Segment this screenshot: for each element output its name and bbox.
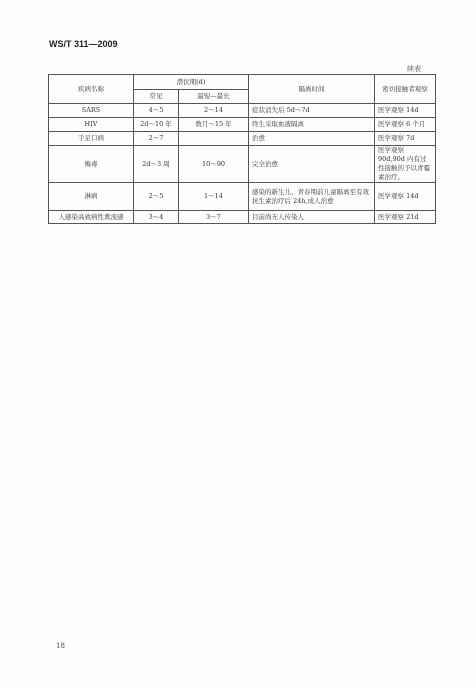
cell-disease: 人感染高致病性禽流感 xyxy=(49,211,134,224)
cell-disease: 淋病 xyxy=(49,183,134,211)
table-row: SARS 4～5 2～14 症状消失后 5d～7d 医学观察 14d xyxy=(49,104,436,118)
cell-isolation: 完全治愈 xyxy=(249,146,375,183)
table-row: 手足口病 2～7 治愈 医学观察 7d xyxy=(49,132,436,146)
cell-range: 数月～15 年 xyxy=(179,118,249,132)
cell-common: 2d～3 周 xyxy=(134,146,179,183)
cell-isolation: 治愈 xyxy=(249,132,375,146)
header-range: 最短—最长 xyxy=(179,90,249,104)
header-incubation: 潜伏期(d) xyxy=(134,75,249,90)
cell-common: 3～4 xyxy=(134,211,179,224)
cell-common: 2d～10 年 xyxy=(134,118,179,132)
cell-contact: 医学观察 21d xyxy=(375,211,436,224)
header-disease: 疾病名称 xyxy=(49,75,134,104)
cell-contact: 医学观察 14d xyxy=(375,183,436,211)
table-row: HIV 2d～10 年 数月～15 年 终生采取血液隔离 医学观察 6 个月 xyxy=(49,118,436,132)
disease-table: 疾病名称 潜伏期(d) 隔离时间 密切接触者观察 常见 最短—最长 SARS 4… xyxy=(48,74,436,224)
cell-contact: 医学观察 90d,90d 内有过性接触的予以青霉素治疗。 xyxy=(375,146,436,183)
header-isolation: 隔离时间 xyxy=(249,75,375,104)
cell-contact: 医学观察 6 个月 xyxy=(375,118,436,132)
cell-contact: 医学观察 7d xyxy=(375,132,436,146)
cell-range xyxy=(179,132,249,146)
table-row: 淋病 2～5 1～14 感染的新生儿、青春期前儿童隔离至有效抗生素治疗后 24h… xyxy=(49,183,436,211)
cell-isolation: 感染的新生儿、青春期前儿童隔离至有效抗生素治疗后 24h,成人治愈 xyxy=(249,183,375,211)
cell-disease: 手足口病 xyxy=(49,132,134,146)
header-common: 常见 xyxy=(134,90,179,104)
cell-common: 4～5 xyxy=(134,104,179,118)
header-contact: 密切接触者观察 xyxy=(375,75,436,104)
cell-range: 1～14 xyxy=(179,183,249,211)
cell-common: 2～5 xyxy=(134,183,179,211)
cell-disease: HIV xyxy=(49,118,134,132)
document-code: WS/T 311—2009 xyxy=(49,39,118,49)
header-row: 疾病名称 潜伏期(d) 隔离时间 密切接触者观察 xyxy=(49,75,436,90)
cell-isolation: 终生采取血液隔离 xyxy=(249,118,375,132)
cell-disease: SARS xyxy=(49,104,134,118)
cell-isolation: 目前尚无人传染人 xyxy=(249,211,375,224)
page-number: 18 xyxy=(56,642,65,650)
cell-contact: 医学观察 14d xyxy=(375,104,436,118)
table-row: 梅毒 2d～3 周 10～90 完全治愈 医学观察 90d,90d 内有过性接触… xyxy=(49,146,436,183)
cell-range: 3～7 xyxy=(179,211,249,224)
cell-range: 2～14 xyxy=(179,104,249,118)
cell-range: 10～90 xyxy=(179,146,249,183)
cell-common: 2～7 xyxy=(134,132,179,146)
continuation-label: 续表 xyxy=(407,64,421,74)
table-row: 人感染高致病性禽流感 3～4 3～7 目前尚无人传染人 医学观察 21d xyxy=(49,211,436,224)
cell-isolation: 症状消失后 5d～7d xyxy=(249,104,375,118)
cell-disease: 梅毒 xyxy=(49,146,134,183)
